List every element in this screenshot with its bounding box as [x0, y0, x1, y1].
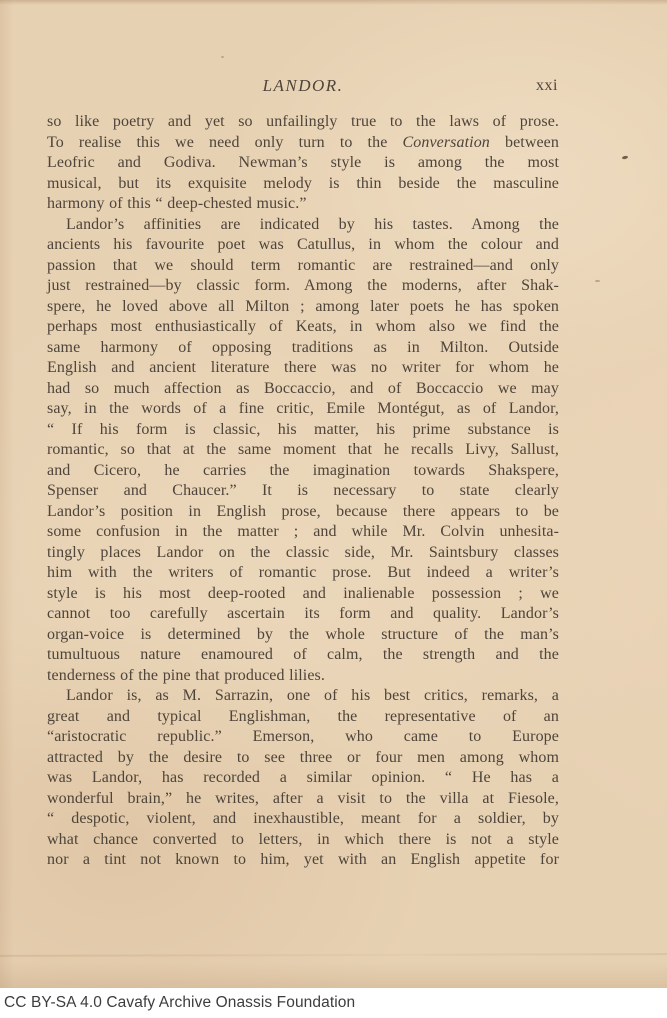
text-line: Leofric and Godiva. Newman’s style is am… — [47, 153, 559, 174]
text-line: so like poetry and yet so unfailingly tr… — [47, 112, 559, 133]
paragraph: Landor is, as M. Sarrazin, one of his be… — [47, 686, 559, 871]
text-line: organ-voice is determined by the whole s… — [47, 625, 559, 646]
text-line: romantic, so that at the same moment tha… — [47, 440, 559, 461]
text-line: what chance converted to letters, in whi… — [47, 830, 559, 851]
text-line: some confusion in the matter ; and while… — [47, 522, 559, 543]
book-page-scan: LANDOR. xxi so like poetry and yet so un… — [0, 0, 667, 988]
ink-speck — [622, 155, 628, 159]
text-line: perhaps most enthusiastically of Keats, … — [47, 317, 559, 338]
page-bottom-crease — [0, 953, 667, 957]
text-line: was Landor, has recorded a similar opini… — [47, 768, 559, 789]
text-block: LANDOR. xxi so like poetry and yet so un… — [47, 0, 559, 871]
text-line: “ If his form is classic, his matter, hi… — [47, 420, 559, 441]
text-line: just restrained—by classic form. Among t… — [47, 276, 559, 297]
text-line: tingly places Landor on the classic side… — [47, 543, 559, 564]
text-line: same harmony of opposing traditions as i… — [47, 338, 559, 359]
text-line: To realise this we need only turn to the… — [47, 133, 559, 154]
text-line: harmony of this “ deep-chested music.” — [47, 194, 559, 215]
text-line: Landor’s affinities are indicated by his… — [47, 215, 559, 236]
text-line: Landor is, as M. Sarrazin, one of his be… — [47, 686, 559, 707]
text-line: tenderness of the pine that produced lil… — [47, 666, 559, 687]
text-line: wonderful brain,” he writes, after a vis… — [47, 789, 559, 810]
text-line: great and typical Englishman, the repres… — [47, 707, 559, 728]
text-line: “ despotic, violent, and inexhaustible, … — [47, 809, 559, 830]
text-line: cannot too carefully ascertain its form … — [47, 604, 559, 625]
page-title: LANDOR. — [263, 76, 344, 95]
text-line: style is his most deep-rooted and inalie… — [47, 584, 559, 605]
license-text: CC BY-SA 4.0 Cavafy Archive Onassis Foun… — [0, 994, 355, 1012]
text-line: musical, but its exquisite melody is thi… — [47, 174, 559, 195]
paragraph: so like poetry and yet so unfailingly tr… — [47, 112, 559, 215]
text-line: Spenser and Chaucer.” It is necessary to… — [47, 481, 559, 502]
text-line: had so much affection as Boccaccio, and … — [47, 379, 559, 400]
text-line: say, in the words of a fine critic, Emil… — [47, 399, 559, 420]
text-line: spere, he loved above all Milton ; among… — [47, 297, 559, 318]
page-number: xxi — [536, 76, 558, 96]
text-line: him with the writers of romantic prose. … — [47, 563, 559, 584]
text-line: attracted by the desire to see three or … — [47, 748, 559, 769]
screenshot-stage: LANDOR. xxi so like poetry and yet so un… — [0, 0, 667, 1018]
text-line: Landor’s position in English prose, beca… — [47, 502, 559, 523]
ink-speck — [595, 280, 600, 282]
text-line: passion that we should term romantic are… — [47, 256, 559, 277]
text-line: tumultuous nature enamoured of calm, the… — [47, 645, 559, 666]
license-bar: CC BY-SA 4.0 Cavafy Archive Onassis Foun… — [0, 988, 667, 1018]
text-line: ancients his favourite poet was Catullus… — [47, 235, 559, 256]
text-line: and Cicero, he carries the imagination t… — [47, 461, 559, 482]
body-text: so like poetry and yet so unfailingly tr… — [47, 112, 559, 871]
running-header: LANDOR. xxi — [47, 76, 559, 96]
text-line: English and ancient literature there was… — [47, 358, 559, 379]
text-line: nor a tint not known to him, yet with an… — [47, 850, 559, 871]
text-line: “aristocratic republic.” Emerson, who ca… — [47, 727, 559, 748]
paragraph: Landor’s affinities are indicated by his… — [47, 215, 559, 687]
